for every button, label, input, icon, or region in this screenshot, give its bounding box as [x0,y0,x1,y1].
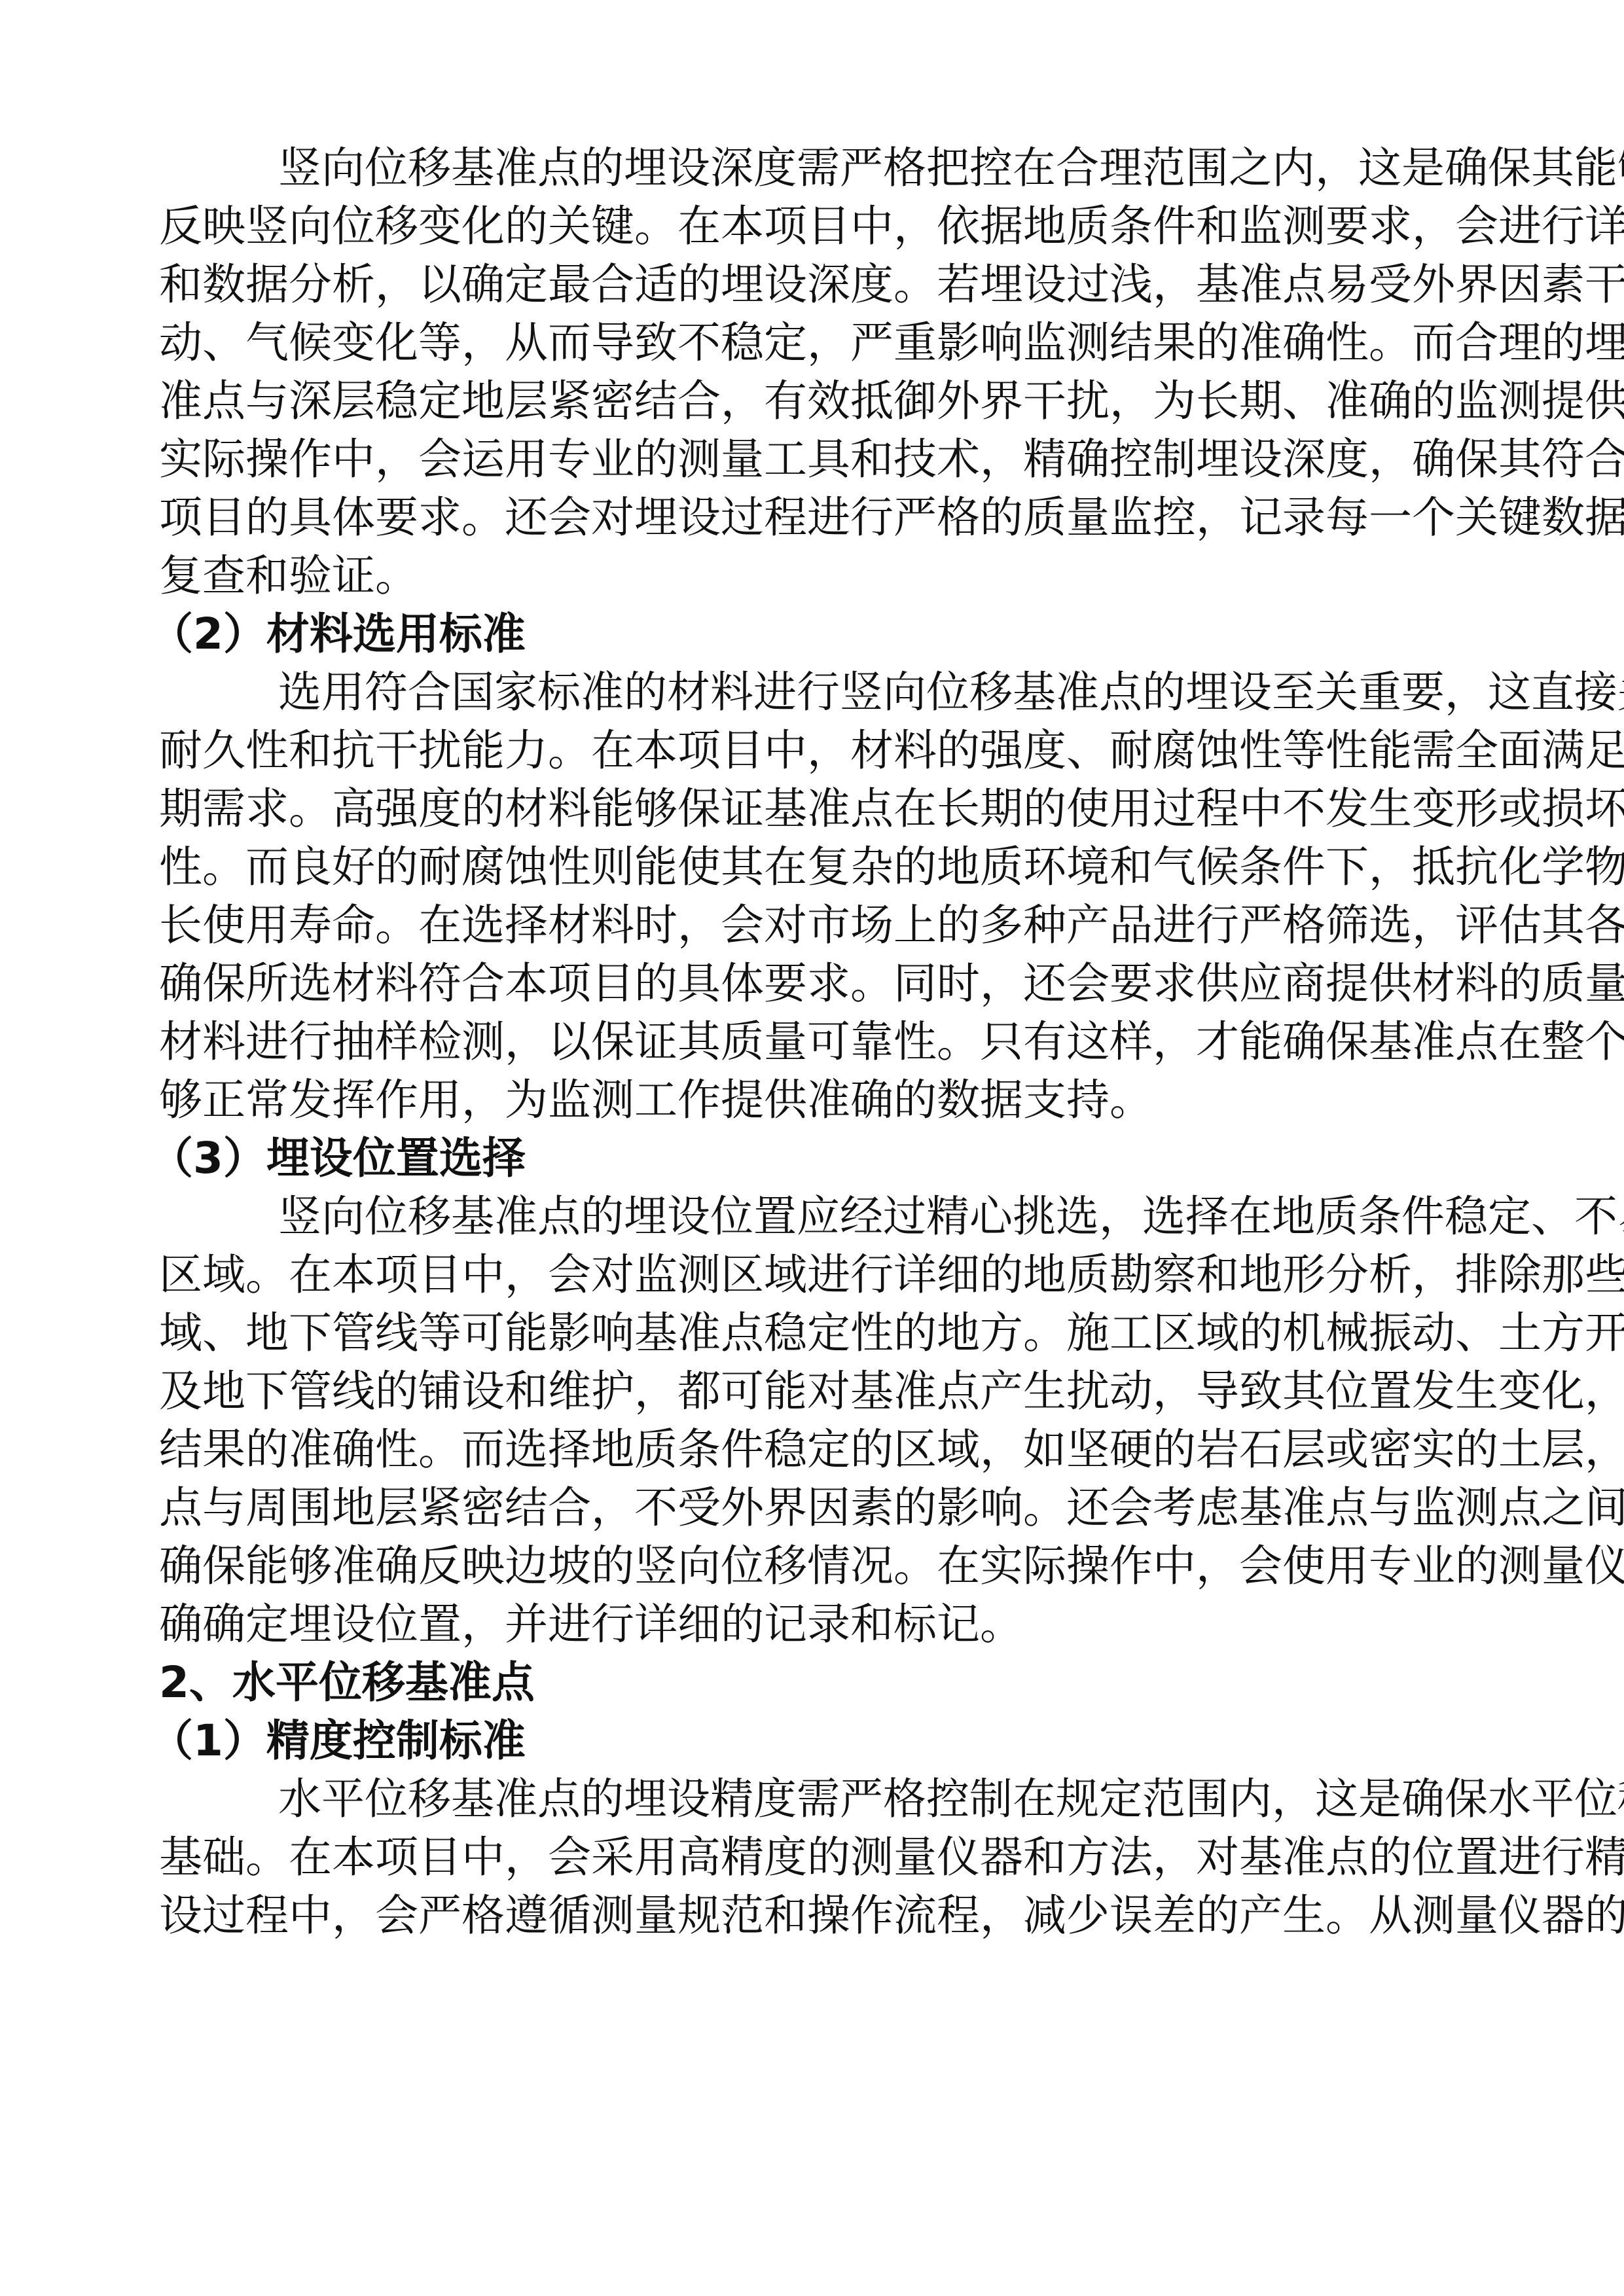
paragraph-burial-location: 竖向位移基准点的埋设位置应经过精心挑选，选择在地质条件稳定、不易受外界干扰的 区… [159,1187,1468,1653]
paragraph-burial-depth: 竖向位移基准点的埋设深度需严格把控在合理范围之内，这是确保其能够稳定、精准地 反… [159,139,1468,605]
text-line: 项目的具体要求。还会对埋设过程进行严格的质量监控，记录每一个关键数据，以便后续的 [159,488,1468,547]
text-line: 确保所选材料符合本项目的具体要求。同时，还会要求供应商提供材料的质量证明文件，对 [159,954,1468,1013]
text-line: 动、气候变化等，从而导致不稳定，严重影响监测结果的准确性。而合理的埋设深度能让基 [159,314,1468,372]
text-line: 确确定埋设位置，并进行详细的记录和标记。 [159,1595,1468,1653]
text-line: 竖向位移基准点的埋设深度需严格把控在合理范围之内，这是确保其能够稳定、精准地 [159,139,1468,197]
paragraph-precision-control: 水平位移基准点的埋设精度需严格控制在规定范围内，这是确保水平位移监测准确性的 基… [159,1770,1468,1945]
text-line: 点与周围地层紧密结合，不受外界因素的影响。还会考虑基准点与监测点之间的位置关系， [159,1479,1468,1537]
paragraph-material-standard: 选用符合国家标准的材料进行竖向位移基准点的埋设至关重要，这直接关系到基准点的 耐… [159,663,1468,1129]
text-line: 反映竖向位移变化的关键。在本项目中，依据地质条件和监测要求，会进行详细的地质勘察 [159,197,1468,255]
text-line: 竖向位移基准点的埋设位置应经过精心挑选，选择在地质条件稳定、不易受外界干扰的 [159,1187,1468,1246]
text-line: 实际操作中，会运用专业的测量工具和技术，精确控制埋设深度，确保其符合相关标准和本 [159,430,1468,488]
text-line: 长使用寿命。在选择材料时，会对市场上的多种产品进行严格筛选，评估其各项性能指标， [159,896,1468,954]
text-line: 确保能够准确反映边坡的竖向位移情况。在实际操作中，会使用专业的测量仪器和技术，精 [159,1537,1468,1595]
section-heading-horizontal-benchmark: 2、水平位移基准点 [159,1653,1468,1712]
text-line: 性。而良好的耐腐蚀性则能使其在复杂的地质环境和气候条件下，抵抗化学物质的侵蚀，延 [159,838,1468,896]
text-line: 基础。在本项目中，会采用高精度的测量仪器和方法，对基准点的位置进行精确测定。在埋 [159,1828,1468,1886]
text-line: 域、地下管线等可能影响基准点稳定性的地方。施工区域的机械振动、土方开挖等活动，以 [159,1304,1468,1362]
text-line: 够正常发挥作用，为监测工作提供准确的数据支持。 [159,1071,1468,1129]
subheading-material-standard: （2）材料选用标准 [150,605,1468,663]
text-line: 及地下管线的铺设和维护，都可能对基准点产生扰动，导致其位置发生变化，从而影响监测 [159,1362,1468,1420]
text-line: 选用符合国家标准的材料进行竖向位移基准点的埋设至关重要，这直接关系到基准点的 [159,663,1468,721]
text-line: 材料进行抽样检测，以保证其质量可靠性。只有这样，才能确保基准点在整个监测周期内能 [159,1013,1468,1071]
text-line: 和数据分析，以确定最合适的埋设深度。若埋设过浅，基准点易受外界因素干扰，如地表活 [159,255,1468,314]
text-line: 准点与深层稳定地层紧密结合，有效抵御外界干扰，为长期、准确的监测提供坚实基础。在 [159,372,1468,430]
text-line: 期需求。高强度的材料能够保证基准点在长期的使用过程中不发生变形或损坏，确保其稳定 [159,780,1468,838]
text-line: 设过程中，会严格遵循测量规范和操作流程，减少误差的产生。从测量仪器的选择和校准， [159,1886,1468,1945]
text-line: 耐久性和抗干扰能力。在本项目中，材料的强度、耐腐蚀性等性能需全面满足监测工作的长 [159,721,1468,780]
text-line: 区域。在本项目中，会对监测区域进行详细的地质勘察和地形分析，排除那些靠近施工区 [159,1246,1468,1304]
subheading-burial-location: （3）埋设位置选择 [150,1129,1468,1187]
subheading-precision-control: （1）精度控制标准 [150,1712,1468,1770]
text-line: 结果的准确性。而选择地质条件稳定的区域，如坚硬的岩石层或密实的土层，可以确保基准 [159,1420,1468,1479]
text-line: 复查和验证。 [159,547,1468,605]
text-line: 水平位移基准点的埋设精度需严格控制在规定范围内，这是确保水平位移监测准确性的 [159,1770,1468,1828]
document-page: 竖向位移基准点的埋设深度需严格把控在合理范围之内，这是确保其能够稳定、精准地 反… [159,139,1468,1945]
